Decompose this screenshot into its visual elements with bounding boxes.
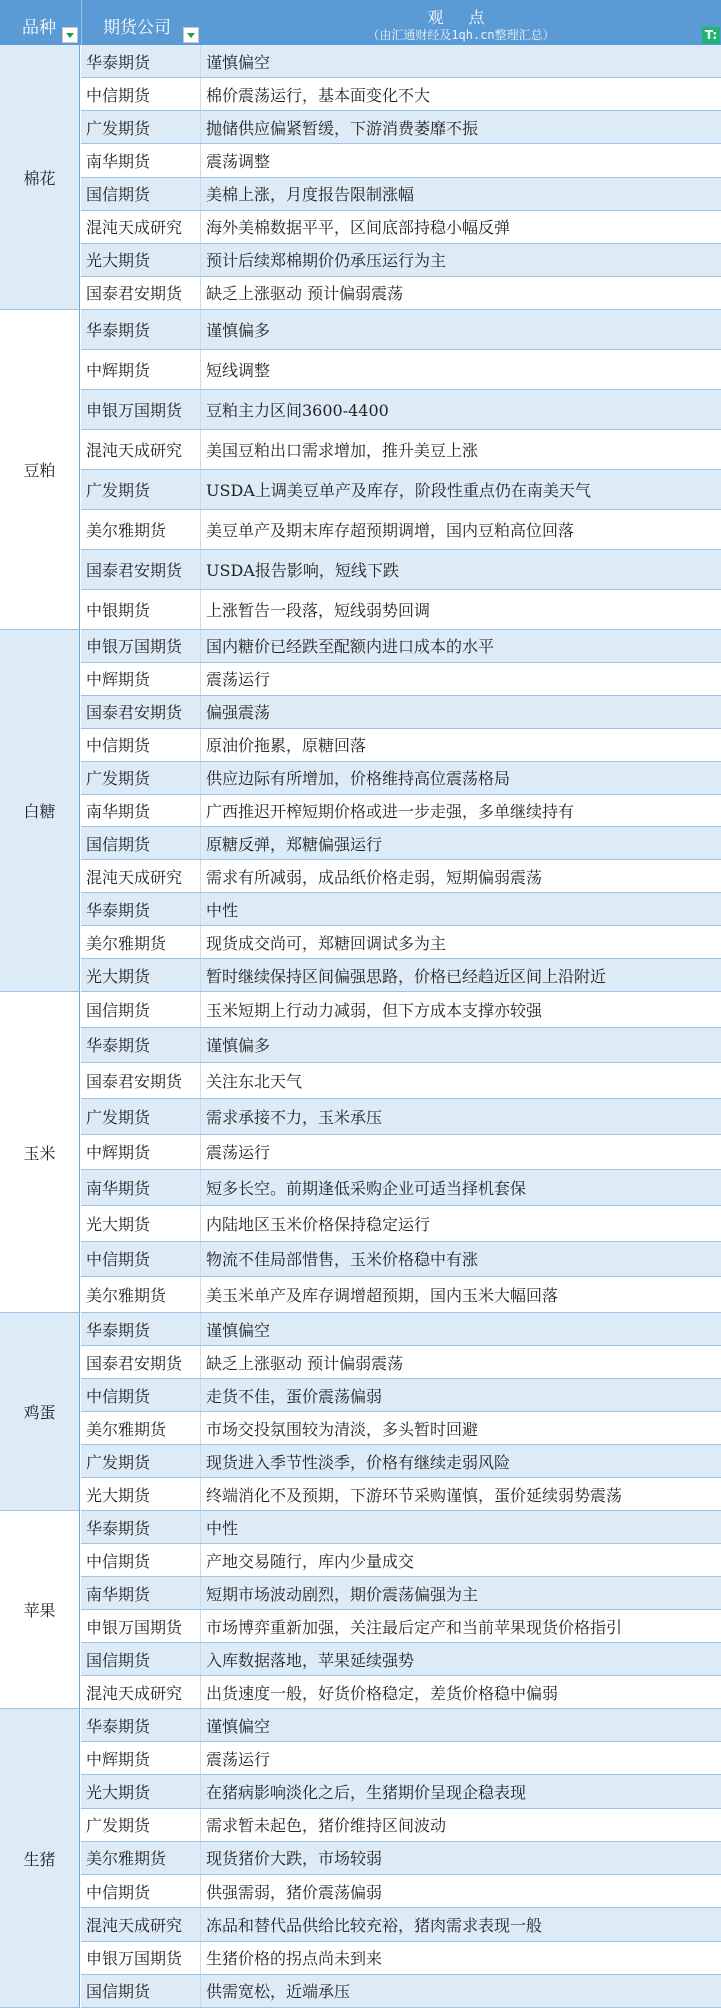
view-cell: 现货进入季节性淡季，价格有继续走弱风险 — [201, 1450, 510, 1473]
table-row: 申银万国期货生猪价格的拐点尚未到来 — [81, 1942, 721, 1975]
table-row: 国信期货供需宽松，近端承压 — [81, 1975, 721, 2008]
view-cell: 短多长空。前期逢低采购企业可适当择机套保 — [201, 1176, 526, 1199]
table-row: 华泰期货谨慎偏多 — [81, 310, 721, 350]
table-row: 华泰期货谨慎偏空 — [81, 1313, 721, 1346]
category-cell: 棉花 — [0, 45, 80, 310]
table-row: 国信期货玉米短期上行动力减弱，但下方成本支撑亦较强 — [81, 992, 721, 1028]
company-cell: 中信期货 — [81, 1875, 201, 1907]
table-row: 南华期货震荡调整 — [81, 144, 721, 177]
view-cell: 海外美棉数据平平，区间底部持稳小幅反弹 — [201, 215, 510, 238]
view-cell: 现货成交尚可，郑糖回调试多为主 — [201, 931, 446, 954]
view-cell: 生猪价格的拐点尚未到来 — [201, 1946, 382, 1969]
company-cell: 美尔雅期货 — [81, 1277, 201, 1312]
company-cell: 中信期货 — [81, 1379, 201, 1411]
table-row: 国泰君安期货USDA报告影响，短线下跌 — [81, 550, 721, 590]
company-cell: 华泰期货 — [81, 310, 201, 349]
company-cell: 美尔雅期货 — [81, 1842, 201, 1874]
view-cell: 走货不佳，蛋价震荡偏弱 — [201, 1384, 382, 1407]
company-cell: 广发期货 — [81, 111, 201, 143]
company-cell: 国信期货 — [81, 1643, 201, 1675]
table-row: 南华期货短期市场波动剧烈，期价震荡偏强为主 — [81, 1577, 721, 1610]
company-cell: 国泰君安期货 — [81, 1063, 201, 1098]
table-row: 国泰君安期货缺乏上涨驱动 预计偏弱震荡 — [81, 1346, 721, 1379]
view-cell: 缺乏上涨驱动 预计偏弱震荡 — [201, 281, 403, 304]
view-cell: 震荡运行 — [201, 1140, 270, 1163]
company-cell: 国信期货 — [81, 1975, 201, 2007]
company-cell: 国信期货 — [81, 827, 201, 859]
category-cell: 白糖 — [0, 630, 80, 992]
view-cell: 产地交易随行，库内少量成交 — [201, 1549, 414, 1572]
view-cell: 冻品和替代品供给比较充裕，猪肉需求表现一般 — [201, 1913, 542, 1936]
company-cell: 申银万国期货 — [81, 1942, 201, 1974]
table-row: 国泰君安期货偏强震荡 — [81, 696, 721, 729]
table-row: 混沌天成研究美国豆粕出口需求增加，推升美豆上涨 — [81, 430, 721, 470]
view-cell: 国内糖价已经跌至配额内进口成本的水平 — [201, 634, 494, 657]
view-cell: 需求承接不力，玉米承压 — [201, 1105, 382, 1128]
company-cell: 美尔雅期货 — [81, 1412, 201, 1444]
company-cell: 中信期货 — [81, 78, 201, 110]
view-cell: 玉米短期上行动力减弱，但下方成本支撑亦较强 — [201, 998, 542, 1021]
table-row: 国信期货入库数据落地，苹果延续强势 — [81, 1643, 721, 1676]
table-row: 广发期货需求暂未起色，猪价维持区间波动 — [81, 1809, 721, 1842]
commodity-section: 鸡蛋华泰期货谨慎偏空国泰君安期货缺乏上涨驱动 预计偏弱震荡中信期货走货不佳，蛋价… — [0, 1313, 721, 1511]
company-cell: 广发期货 — [81, 762, 201, 794]
table-row: 华泰期货中性 — [81, 1511, 721, 1544]
table-row: 中辉期货震荡运行 — [81, 1742, 721, 1775]
category-cell: 玉米 — [0, 992, 80, 1313]
company-cell: 中信期货 — [81, 1544, 201, 1576]
view-cell: 需求暂未起色，猪价维持区间波动 — [201, 1813, 446, 1836]
view-cell: USDA上调美豆单产及库存，阶段性重点仍在南美天气 — [201, 478, 591, 501]
company-cell: 华泰期货 — [81, 1709, 201, 1741]
header-category: 品种 — [0, 0, 82, 45]
company-cell: 南华期货 — [81, 1577, 201, 1609]
company-cell: 光大期货 — [81, 244, 201, 276]
company-cell: 光大期货 — [81, 1206, 201, 1241]
table-row: 华泰期货谨慎偏空 — [81, 45, 721, 78]
view-cell: 需求有所减弱，成品纸价格走弱，短期偏弱震荡 — [201, 865, 542, 888]
table-row: 美尔雅期货市场交投氛围较为清淡，多头暂时回避 — [81, 1412, 721, 1445]
company-cell: 中银期货 — [81, 590, 201, 629]
company-cell: 混沌天成研究 — [81, 430, 201, 469]
view-cell: 谨慎偏空 — [201, 50, 270, 73]
table-row: 光大期货终端消化不及预期，下游环节采购谨慎，蛋价延续弱势震荡 — [81, 1478, 721, 1511]
view-cell: 中性 — [201, 898, 238, 921]
view-cell: 谨慎偏多 — [201, 1033, 270, 1056]
view-cell: 美国豆粕出口需求增加，推升美豆上涨 — [201, 438, 478, 461]
company-cell: 南华期货 — [81, 144, 201, 176]
company-cell: 广发期货 — [81, 1099, 201, 1134]
table-row: 国泰君安期货缺乏上涨驱动 预计偏弱震荡 — [81, 277, 721, 310]
company-cell: 美尔雅期货 — [81, 926, 201, 958]
company-cell: 申银万国期货 — [81, 630, 201, 662]
company-cell: 华泰期货 — [81, 893, 201, 925]
company-cell: 光大期货 — [81, 1478, 201, 1510]
table-row: 广发期货供应边际有所增加，价格维持高位震荡格局 — [81, 762, 721, 795]
company-cell: 国信期货 — [81, 992, 201, 1027]
table-row: 申银万国期货豆粕主力区间3600-4400 — [81, 390, 721, 430]
commodity-section: 豆粕华泰期货谨慎偏多中辉期货短线调整申银万国期货豆粕主力区间3600-4400混… — [0, 310, 721, 630]
table-row: 光大期货暂时继续保持区间偏强思路，价格已经趋近区间上沿附近 — [81, 959, 721, 992]
view-cell: 中性 — [201, 1516, 238, 1539]
category-cell: 生猪 — [0, 1709, 80, 2008]
view-cell: 原糖反弹，郑糖偏强运行 — [201, 832, 382, 855]
view-cell: 美玉米单产及库存调增超预期，国内玉米大幅回落 — [201, 1283, 558, 1306]
company-cell: 南华期货 — [81, 1170, 201, 1205]
table-row: 中信期货物流不佳局部惜售，玉米价格稳中有涨 — [81, 1242, 721, 1278]
view-cell: 终端消化不及预期，下游环节采购谨慎，蛋价延续弱势震荡 — [201, 1483, 622, 1506]
commodity-section: 生猪华泰期货谨慎偏空中辉期货震荡运行光大期货在猪病影响淡化之后，生猪期价呈现企稳… — [0, 1709, 721, 2008]
company-cell: 中信期货 — [81, 1242, 201, 1277]
commodity-section: 白糖申银万国期货国内糖价已经跌至配额内进口成本的水平中辉期货震荡运行国泰君安期货… — [0, 630, 721, 992]
header-company-label: 期货公司 — [103, 13, 171, 38]
company-cell: 中辉期货 — [81, 663, 201, 695]
company-cell: 广发期货 — [81, 470, 201, 509]
company-cell: 混沌天成研究 — [81, 860, 201, 892]
view-cell: 美棉上涨，月度报告限制涨幅 — [201, 182, 414, 205]
view-cell: 短线调整 — [201, 358, 270, 381]
view-cell: 抛储供应偏紧暂缓，下游消费萎靡不振 — [201, 116, 478, 139]
view-cell: 市场博弈重新加强，关注最后定产和当前苹果现货价格指引 — [201, 1615, 622, 1638]
view-cell: 美豆单产及期末库存超预期调增，国内豆粕高位回落 — [201, 518, 574, 541]
company-cell: 中辉期货 — [81, 1742, 201, 1774]
table-row: 华泰期货谨慎偏空 — [81, 1709, 721, 1742]
view-cell: 入库数据落地，苹果延续强势 — [201, 1648, 414, 1671]
view-cell: 在猪病影响淡化之后，生猪期价呈现企稳表现 — [201, 1780, 526, 1803]
view-cell: 出货速度一般，好货价格稳定，差货价格稳中偏弱 — [201, 1681, 558, 1704]
company-cell: 中辉期货 — [81, 350, 201, 389]
view-cell: USDA报告影响，短线下跌 — [201, 558, 399, 581]
company-cell: 光大期货 — [81, 1775, 201, 1807]
view-cell: 上涨暂告一段落，短线弱势回调 — [201, 598, 430, 621]
commodity-section: 棉花华泰期货谨慎偏空中信期货棉价震荡运行，基本面变化不大广发期货抛储供应偏紧暂缓… — [0, 45, 721, 310]
company-cell: 混沌天成研究 — [81, 211, 201, 243]
company-cell: 华泰期货 — [81, 1028, 201, 1063]
table-row: 混沌天成研究需求有所减弱，成品纸价格走弱，短期偏弱震荡 — [81, 860, 721, 893]
view-cell: 广西推迟开榨短期价格或进一步走强，多单继续持有 — [201, 799, 574, 822]
view-cell: 预计后续郑棉期价仍承压运行为主 — [201, 248, 446, 271]
view-cell: 棉价震荡运行，基本面变化不大 — [201, 83, 430, 106]
table-row: 申银万国期货市场博弈重新加强，关注最后定产和当前苹果现货价格指引 — [81, 1610, 721, 1643]
category-cell: 鸡蛋 — [0, 1313, 80, 1511]
view-cell: 谨慎偏多 — [201, 318, 270, 341]
company-cell: 中信期货 — [81, 729, 201, 761]
view-cell: 物流不佳局部惜售，玉米价格稳中有涨 — [201, 1247, 478, 1270]
company-cell: 华泰期货 — [81, 45, 201, 77]
table-row: 华泰期货中性 — [81, 893, 721, 926]
company-cell: 申银万国期货 — [81, 1610, 201, 1642]
view-cell: 震荡调整 — [201, 149, 270, 172]
company-cell: 混沌天成研究 — [81, 1908, 201, 1940]
table-row: 混沌天成研究海外美棉数据平平，区间底部持稳小幅反弹 — [81, 211, 721, 244]
table-row: 广发期货现货进入季节性淡季，价格有继续走弱风险 — [81, 1445, 721, 1478]
view-cell: 现货猪价大跌，市场较弱 — [201, 1846, 382, 1869]
table-row: 中信期货产地交易随行，库内少量成交 — [81, 1544, 721, 1577]
table-row: 南华期货广西推迟开榨短期价格或进一步走强，多单继续持有 — [81, 795, 721, 828]
table-row: 中银期货上涨暂告一段落，短线弱势回调 — [81, 590, 721, 630]
commodity-section: 玉米国信期货玉米短期上行动力减弱，但下方成本支撑亦较强华泰期货谨慎偏多国泰君安期… — [0, 992, 721, 1313]
table-row: 光大期货内陆地区玉米价格保持稳定运行 — [81, 1206, 721, 1242]
view-cell: 供应边际有所增加，价格维持高位震荡格局 — [201, 766, 510, 789]
company-cell: 国泰君安期货 — [81, 277, 201, 309]
table-row: 美尔雅期货美豆单产及期末库存超预期调增，国内豆粕高位回落 — [81, 510, 721, 550]
view-cell: 缺乏上涨驱动 预计偏弱震荡 — [201, 1351, 403, 1374]
table-row: 混沌天成研究冻品和替代品供给比较充裕，猪肉需求表现一般 — [81, 1908, 721, 1941]
table-row: 中辉期货震荡运行 — [81, 1135, 721, 1171]
view-cell: 暂时继续保持区间偏强思路，价格已经趋近区间上沿附近 — [201, 964, 606, 987]
company-cell: 广发期货 — [81, 1445, 201, 1477]
table-row: 申银万国期货国内糖价已经跌至配额内进口成本的水平 — [81, 630, 721, 663]
table-row: 国泰君安期货关注东北天气 — [81, 1063, 721, 1099]
company-cell: 申银万国期货 — [81, 390, 201, 429]
view-cell: 内陆地区玉米价格保持稳定运行 — [201, 1212, 430, 1235]
view-cell: 豆粕主力区间3600-4400 — [201, 398, 389, 421]
table-row: 美尔雅期货现货猪价大跌，市场较弱 — [81, 1842, 721, 1875]
table-row: 美尔雅期货美玉米单产及库存调增超预期，国内玉米大幅回落 — [81, 1277, 721, 1313]
company-cell: 光大期货 — [81, 959, 201, 991]
company-cell: 国泰君安期货 — [81, 696, 201, 728]
table-row: 美尔雅期货现货成交尚可，郑糖回调试多为主 — [81, 926, 721, 959]
company-cell: 华泰期货 — [81, 1511, 201, 1543]
table-row: 中辉期货短线调整 — [81, 350, 721, 390]
table-row: 华泰期货谨慎偏多 — [81, 1028, 721, 1064]
table-row: 国信期货美棉上涨，月度报告限制涨幅 — [81, 178, 721, 211]
table-row: 广发期货USDA上调美豆单产及库存，阶段性重点仍在南美天气 — [81, 470, 721, 510]
company-cell: 华泰期货 — [81, 1313, 201, 1345]
company-cell: 国泰君安期货 — [81, 1346, 201, 1378]
table-row: 广发期货需求承接不力，玉米承压 — [81, 1099, 721, 1135]
company-cell: 广发期货 — [81, 1809, 201, 1841]
table-header: 品种 期货公司 观 点 （由汇通财经及1qh.cn整理汇总） T: — [0, 0, 721, 45]
category-cell: 豆粕 — [0, 310, 80, 630]
view-cell: 震荡运行 — [201, 1747, 270, 1770]
view-cell: 震荡运行 — [201, 667, 270, 690]
view-cell: 谨慎偏空 — [201, 1318, 270, 1341]
table-row: 中信期货棉价震荡运行，基本面变化不大 — [81, 78, 721, 111]
view-cell: 原油价拖累，原糖回落 — [201, 733, 366, 756]
table-row: 南华期货短多长空。前期逢低采购企业可适当择机套保 — [81, 1170, 721, 1206]
view-cell: 偏强震荡 — [201, 700, 270, 723]
filter-icon[interactable]: T: — [702, 27, 720, 44]
company-cell: 混沌天成研究 — [81, 1676, 201, 1708]
company-cell: 南华期货 — [81, 795, 201, 827]
company-cell: 国信期货 — [81, 178, 201, 210]
commodity-section: 苹果华泰期货中性中信期货产地交易随行，库内少量成交南华期货短期市场波动剧烈，期价… — [0, 1511, 721, 1709]
table-row: 广发期货抛储供应偏紧暂缓，下游消费萎靡不振 — [81, 111, 721, 144]
company-filter-dropdown-icon[interactable] — [183, 27, 199, 43]
company-cell: 国泰君安期货 — [81, 550, 201, 589]
header-view-title: 观 点 — [201, 5, 721, 28]
view-cell: 关注东北天气 — [201, 1069, 302, 1092]
table-row: 中辉期货震荡运行 — [81, 663, 721, 696]
header-view-subtitle: （由汇通财经及1qh.cn整理汇总） — [201, 26, 721, 43]
company-cell: 中辉期货 — [81, 1135, 201, 1170]
table-row: 光大期货预计后续郑棉期价仍承压运行为主 — [81, 244, 721, 277]
table-row: 中信期货供强需弱，猪价震荡偏弱 — [81, 1875, 721, 1908]
header-view: 观 点 （由汇通财经及1qh.cn整理汇总） T: — [201, 0, 721, 45]
table-row: 国信期货原糖反弹，郑糖偏强运行 — [81, 827, 721, 860]
category-cell: 苹果 — [0, 1511, 80, 1709]
view-cell: 短期市场波动剧烈，期价震荡偏强为主 — [201, 1582, 478, 1605]
table-row: 中信期货走货不佳，蛋价震荡偏弱 — [81, 1379, 721, 1412]
table-row: 混沌天成研究出货速度一般，好货价格稳定，差货价格稳中偏弱 — [81, 1676, 721, 1709]
view-cell: 供需宽松，近端承压 — [201, 1979, 350, 2002]
view-cell: 供强需弱，猪价震荡偏弱 — [201, 1880, 382, 1903]
table-row: 光大期货在猪病影响淡化之后，生猪期价呈现企稳表现 — [81, 1775, 721, 1808]
view-cell: 市场交投氛围较为清淡，多头暂时回避 — [201, 1417, 478, 1440]
view-cell: 谨慎偏空 — [201, 1714, 270, 1737]
header-category-label: 品种 — [22, 13, 56, 38]
table-row: 中信期货原油价拖累，原糖回落 — [81, 729, 721, 762]
header-company: 期货公司 — [81, 0, 201, 45]
category-filter-dropdown-icon[interactable] — [62, 27, 78, 43]
company-cell: 美尔雅期货 — [81, 510, 201, 549]
